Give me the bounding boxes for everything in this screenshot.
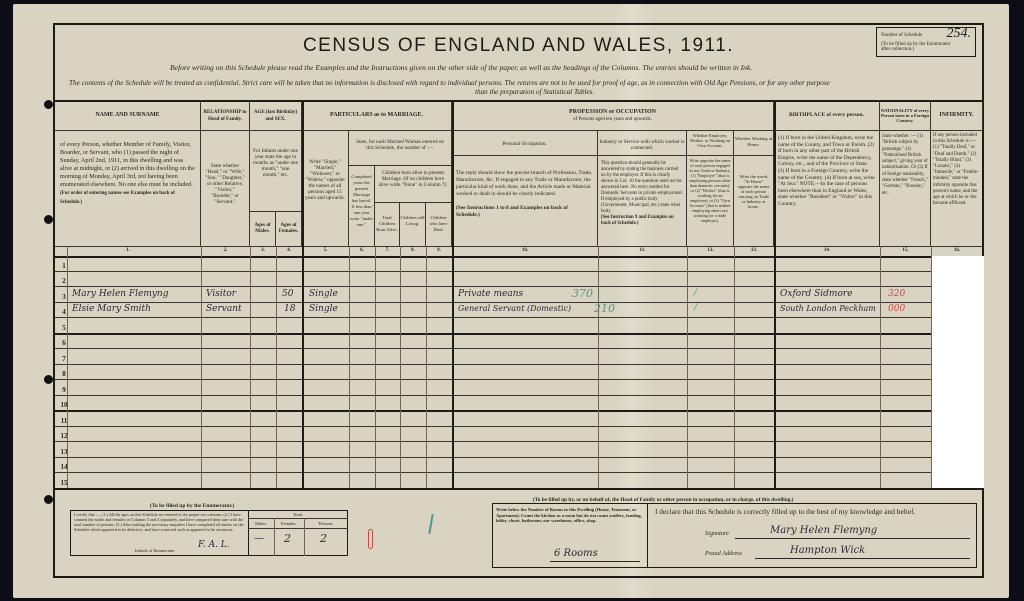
column-number: 2. [201,248,250,253]
header-employer-body: Write opposite the name of each person e… [687,156,734,246]
declaration-text: I declare that this Schedule is correctl… [655,507,915,516]
entry-name: Elsie Mary Smith [72,304,151,314]
entry-occupation-code: 210 [594,302,615,315]
header-name-body: of every Person, whether Member of Famil… [55,131,201,246]
header-home: Whether Working at Home. [734,131,774,156]
header-personal-occupation: Personal Occupation. [452,131,598,156]
total-females-label: Females. [274,521,304,527]
header-home-body: Write the words "At Home" opposite the n… [734,156,774,246]
entry-age-female: 18 [284,304,295,314]
column-number: 1. [55,248,201,253]
header-marriage-state: State, for each Married Woman entered on… [349,131,452,166]
column-number: 6. [349,248,375,253]
schedule-number-label: Number of Schedule [881,33,922,38]
entry-occupation-code: 370 [572,287,593,300]
header-relationship-body: State whether "Head," or "Wife," "Son," … [201,131,250,246]
entry-birthplace-code: 320 [888,289,905,299]
row-number: 6 [59,339,69,347]
header-name: NAME AND SURNAME [55,101,201,131]
header-relationship: RELATIONSHIP to Head of Family. [201,101,250,131]
entry-condition: Single [309,289,338,299]
header-age-males: Ages of Males. [250,211,276,246]
rooms-count: 6 Rooms [554,548,598,559]
header-marriage-years: Completed years the present Marriage has… [349,166,375,246]
occupation-subtitle: of Persons aged ten years and upwards. [573,116,652,123]
occupation-title: PROFESSION or OCCUPATION [569,109,656,116]
column-number: 7. [375,248,400,253]
header-marriage-children: Children born alive to present Marriage.… [375,166,452,203]
row-number: 5 [59,324,69,332]
column-number: 5. [302,248,349,253]
total-males-value: — [254,533,264,544]
entry-birthplace-code: 000 [888,304,905,314]
column-number: 8. [400,248,426,253]
row-number: 4 [59,308,69,316]
confidential-line-1: The contents of the Schedule will be tre… [69,79,830,87]
header-nationality-body: State whether :— (1) "British subject by… [880,131,931,246]
column-number: 13. [734,248,774,253]
header-children-living: Children still Living. [400,203,426,246]
row-number: 9 [59,386,69,394]
column-number: 4. [276,248,302,253]
header-occupation: PROFESSION or OCCUPATION of Persons aged… [452,101,774,131]
row-number: 13 [59,448,69,456]
entry-birthplace: South London Peckham [780,304,876,313]
row-number: 14 [59,463,69,471]
enumerator-initials: F. A. L. [198,540,230,550]
schedule-number-note: (To be filled up by the Enumerator after… [881,42,951,52]
enumerator-initials-label: Initials of Enumerator [135,548,175,554]
column-number: 15. [880,248,931,253]
header-children-died: Children who have Died. [426,203,452,246]
header-industry-body: This question should generally be answer… [598,156,687,246]
document-title: CENSUS OF ENGLAND AND WALES, 1911. [55,35,982,57]
rooms-instruction: Write below the Number of Rooms in this … [496,507,644,524]
entry-age-female: 50 [282,289,293,299]
header-age-females: Ages of Females. [276,211,302,246]
row-number: 15 [59,479,69,487]
signature-label: Signature [705,530,729,537]
row-number: 7 [59,355,69,363]
row-number: 3 [59,293,69,301]
entry-employer-mark: / [694,303,697,313]
punch-hole [44,100,53,109]
redacted-infirmity-column [932,256,984,488]
header-age: AGE (last Birthday) and SEX. [250,101,302,131]
column-number: 9. [426,248,452,253]
postal-address-value: Hampton Wick [790,545,865,556]
punch-hole [44,495,53,504]
header-age-body: For Infants under one year state the age… [250,131,302,211]
enumerator-heading: (To be filled up by the Enumerator.) [150,503,234,509]
header-birthplace-body: (1) If born in the United Kingdom, write… [774,131,880,246]
row-number: 8 [59,370,69,378]
column-number: 12. [687,248,734,253]
entry-employer-mark: / [694,288,697,298]
header-personal-occupation-body: The reply should show the precise branch… [452,156,598,246]
header-children-total: Total Children Born Alive. [375,203,400,246]
header-nationality: NATIONALITY of every Person born in a Fo… [880,101,931,131]
column-number: 3. [250,248,276,253]
total-persons-value: 2 [320,532,327,545]
total-males-label: Males. [248,521,274,527]
postal-address-label: Postal Address [705,550,742,557]
entry-condition: Single [309,304,338,314]
row-number: 10 [59,401,69,409]
header-employer: Whether Employer, Worker, or Working on … [687,131,734,156]
header-marriage-condition: Write "Single," "Married," "Widower," or… [302,131,349,246]
column-number: 11. [598,248,687,253]
column-number: 10. [452,248,598,253]
confidential-line-2: than the preparation of Statistical Tabl… [475,88,594,96]
enumerator-certify: I certify that :— (1.) All the ages on t… [74,512,246,532]
header-birthplace: BIRTHPLACE of every person. [774,101,880,131]
signature-value: Mary Helen Flemyng [770,525,877,536]
column-number: 16. [931,248,983,253]
punch-hole [44,215,53,224]
header-industry: Industry or Service with which worker is… [598,131,687,156]
header-infirmity-body: If any person included in this Schedule … [931,131,983,246]
total-females-value: 2 [284,532,291,545]
entry-relationship: Visitor [206,289,236,299]
row-number: 12 [59,432,69,440]
red-pencil-mark [368,529,373,549]
entry-birthplace: Oxford Sidmore [780,289,853,299]
instruction-line: Before writing on this Schedule please r… [170,63,752,72]
entry-occupation: General Servant (Domestic) [458,304,571,313]
schedule-number-box: Number of Schedule 254. (To be filled up… [876,27,976,57]
header-infirmity: INFIRMITY. [931,101,983,131]
row-number: 1 [59,262,69,270]
entry-relationship: Servant [206,304,242,314]
column-number: 14. [774,248,880,253]
entry-occupation: Private means [458,289,523,299]
punch-hole [44,375,53,384]
entry-name: Mary Helen Flemyng [72,289,169,299]
row-number: 2 [59,277,69,285]
row-number: 11 [59,417,69,425]
header-marriage: PARTICULARS as to MARRIAGE. [302,101,452,131]
schedule-number: 254. [947,26,972,42]
total-persons-label: Persons. [304,521,348,527]
